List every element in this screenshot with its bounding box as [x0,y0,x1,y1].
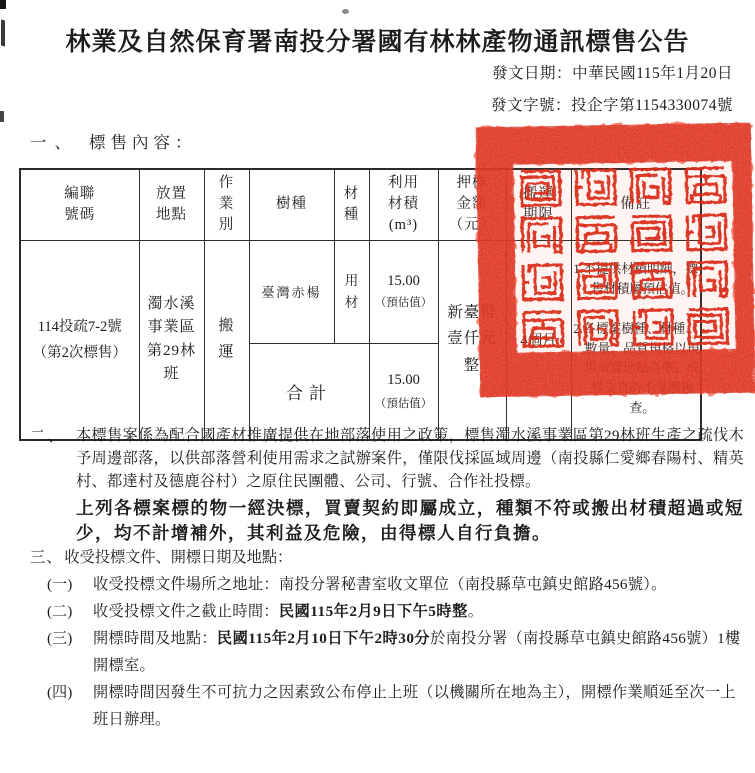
col-header-material: 材 種 [334,169,369,240]
cell-material-type: 用 材 [334,240,369,343]
table-row: 114投疏7-2號 （第2次標售） 濁水溪 事業區 第29林 班 搬 運 臺灣赤… [20,240,701,343]
doc-date-value: 中華民國115年1月20日 [572,65,733,82]
scan-artifact [342,9,349,14]
list-item: (一) 收受投標文件場所之地址：南投分署秘書室收文單位（南投縣草屯鎮史館路456… [47,571,746,598]
col-header-volume: 利用 材積 (m³) [369,169,438,240]
volume-value: 15.00 [387,273,420,289]
scan-artifact [0,111,4,122]
section-2: 二、 本標售案係為配合國產材推廣提供在地部落使用之政策，標售濁水溪事業區第29林… [30,424,744,546]
section-3: 三、收受投標文件、開標日期及地點： (一) 收受投標文件場所之地址：南投分署秘書… [30,544,746,733]
item-text: 開標時間因發生不可抗力之因素致公布停止上班（以機關所在地為主），開標作業順延至次… [93,679,746,733]
cell-transport-period: 4個月 [506,240,571,440]
col-header-location: 放置 地點 [139,169,204,240]
cell-volume: 15.00（預估值） [369,240,438,343]
list-item: (四) 開標時間因發生不可抗力之因素致公布停止上班（以機關所在地為主），開標作業… [47,679,746,733]
section-2-regular-text: 本標售案係為配合國產材推廣提供在地部落使用之政策，標售濁水溪事業區第29林班生產… [76,427,744,490]
doc-number-line: 發文字號：投企字第1154330074號 [491,93,733,115]
item-text-post: 。 [468,603,484,620]
item-text-pre: 開標時間及地點： [93,630,217,647]
section-3-heading: 三、收受投標文件、開標日期及地點： [30,544,746,571]
col-header-period: 搬運 期限 [506,169,571,240]
col-header-remarks: 備註 [571,169,701,240]
remark-item-1: 1.不提供材積明細，標售材積屬預估值。 [572,260,701,300]
section-1-number: 一、 [30,133,79,152]
section-1-title: 標售內容： [89,133,197,152]
section-3-items: (一) 收受投標文件場所之地址：南投分署秘書室收文單位（南投縣草屯鎮史館路456… [30,571,746,733]
doc-date-line: 發文日期：中華民國115年1月20日 [492,61,733,83]
cell-deposit: 新臺幣 壹仟元 整 [438,240,506,440]
total-volume-note: （預估值） [370,395,438,413]
item-number: (二) [47,598,93,625]
cell-remarks: 1.不提供材積明細，標售材積屬預估值。 2.各標案樹種、材種、數量、品質規格以現… [571,240,701,440]
remark-item-2: 2.各標案樹種、材種、數量、品質規格以現場放置地點為準，成標交貨時不受理複查。 [572,320,701,419]
col-header-lot: 編聯 號碼 [20,169,139,240]
col-header-species: 樹種 [249,169,334,240]
item-text-bold: 民國115年2月10日下午2時30分 [217,630,430,647]
item-text-pre: 收受投標文件之截止時間： [93,603,279,620]
section-1-heading: 一、標售內容： [30,129,197,153]
item-number: (一) [47,571,93,598]
item-text-pre: 收受投標文件場所之地址：南投分署秘書室收文單位（南投縣草屯鎮史館路456號）。 [93,576,667,593]
item-text-bold: 民國115年2月9日下午5時整 [279,603,468,620]
item-text: 開標時間及地點：民國115年2月10日下午2時30分於南投分署（南投縣草屯鎮史館… [93,625,746,679]
cell-species: 臺灣赤楊 [249,240,334,343]
scan-artifact [0,0,6,9]
cell-operation: 搬 運 [204,240,249,440]
col-header-operation: 作 業 別 [204,169,249,240]
volume-note: （預估值） [370,295,438,312]
section-3-number: 三、 [30,549,62,566]
section-3-title: 收受投標文件、開標日期及地點： [64,549,292,566]
item-text: 收受投標文件場所之地址：南投分署秘書室收文單位（南投縣草屯鎮史館路456號）。 [93,571,746,598]
item-number: (四) [47,679,93,733]
table-header-row: 編聯 號碼 放置 地點 作 業 別 樹種 材 種 利用 材積 (m³) 押標 金… [20,169,701,240]
total-volume-value: 15.00 [387,372,420,388]
doc-number-label: 發文字號： [491,97,571,114]
section-2-number: 二、 [30,424,76,546]
doc-number-value: 投企字第1154330074號 [571,97,733,114]
cell-location: 濁水溪 事業區 第29林 班 [139,240,204,440]
list-item: (三) 開標時間及地點：民國115年2月10日下午2時30分於南投分署（南投縣草… [47,625,746,679]
item-text: 收受投標文件之截止時間：民國115年2月9日下午5時整。 [93,598,746,625]
item-text-pre: 開標時間因發生不可抗力之因素致公布停止上班（以機關所在地為主），開標作業順延至次… [93,684,736,728]
section-2-bold-text: 上列各標案標的物一經決標，買賣契約即屬成立，種類不符或搬出材積超過或短少，均不計… [76,496,744,546]
list-item: (二) 收受投標文件之截止時間：民國115年2月9日下午5時整。 [47,598,746,625]
document-page: 林業及自然保育署南投分署國有林林產物通訊標售公告 發文日期：中華民國115年1月… [0,0,755,773]
cell-lot-number: 114投疏7-2號 （第2次標售） [20,240,139,440]
page-title: 林業及自然保育署南投分署國有林林產物通訊標售公告 [0,22,755,58]
section-2-text: 本標售案係為配合國產材推廣提供在地部落使用之政策，標售濁水溪事業區第29林班生產… [76,424,744,546]
sale-content-table: 編聯 號碼 放置 地點 作 業 別 樹種 材 種 利用 材積 (m³) 押標 金… [19,168,702,441]
item-number: (三) [47,625,93,679]
col-header-deposit: 押標 金額 （元） [438,169,506,240]
doc-date-label: 發文日期： [492,65,572,82]
